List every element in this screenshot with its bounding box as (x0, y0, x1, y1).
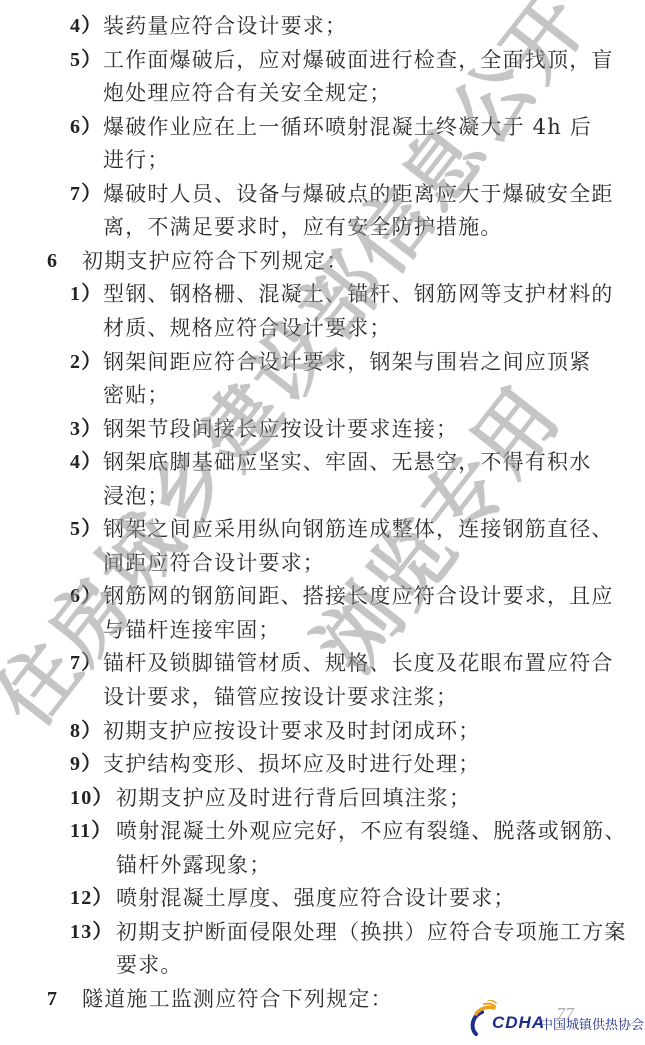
item-text: 初期支护应及时进行背后回填注浆； (116, 782, 471, 815)
item-text: 钢架节段间接长应按设计要求连接； (103, 413, 458, 446)
item-text: 工作面爆破后，应对爆破面进行检查，全面找顶，盲 (103, 44, 614, 77)
page-number: 77 (556, 1004, 574, 1025)
item-number: 13） (70, 916, 114, 949)
item-text: 设计要求，锚管应按设计要求注浆； (103, 681, 458, 714)
item-number: 5） (70, 44, 102, 77)
item-number: 2） (70, 346, 102, 379)
item-number: 4） (70, 10, 102, 43)
item-number: 10） (70, 782, 114, 815)
item-number: 6） (70, 580, 102, 613)
item-text: 支护结构变形、损坏应及时进行处理； (103, 748, 480, 781)
item-text: 隧道施工监测应符合下列规定： (82, 983, 393, 1016)
item-number: 12） (70, 882, 114, 915)
item-number: 1） (70, 278, 102, 311)
item-number: 8） (70, 715, 102, 748)
item-number: 7） (70, 178, 102, 211)
item-text: 浸泡； (103, 480, 170, 513)
item-text: 与锚杆连接牢固； (103, 614, 281, 647)
item-number: 6） (70, 111, 102, 144)
document-page: 4）装药量应符合设计要求；5）工作面爆破后，应对爆破面进行检查，全面找顶，盲炮处… (0, 0, 645, 1045)
item-text: 进行； (103, 144, 170, 177)
item-text: 初期支护应按设计要求及时封闭成环； (103, 715, 480, 748)
item-text: 喷射混凝土外观应完好，不应有裂缝、脱落或钢筋、 (116, 815, 627, 848)
item-text: 初期支护应符合下列规定： (82, 245, 348, 278)
item-text: 初期支护断面侵限处理（换拱）应符合专项施工方案 (116, 916, 627, 949)
item-text: 型钢、钢格栅、混凝土、锚杆、钢筋网等支护材料的 (103, 278, 614, 311)
item-text: 炮处理应符合有关安全规定； (103, 77, 392, 110)
item-text: 钢架之间应采用纵向钢筋连成整体，连接钢筋直径、 (103, 513, 614, 546)
item-number: 6 (47, 245, 58, 278)
item-text: 钢筋网的钢筋间距、搭接长度应符合设计要求，且应 (103, 580, 614, 613)
item-text: 离，不满足要求时，应有安全防护措施。 (103, 211, 503, 244)
item-text: 钢架底脚基础应坚实、牢固、无悬空，不得有积水 (103, 446, 591, 479)
item-number: 11） (70, 815, 113, 848)
item-number: 9） (70, 748, 102, 781)
item-text: 材质、规格应符合设计要求； (103, 312, 392, 345)
item-number: 4） (70, 446, 102, 479)
item-text: 锚杆外露现象； (116, 849, 271, 882)
item-text: 要求。 (116, 949, 183, 982)
item-text: 装药量应符合设计要求； (103, 10, 347, 43)
logo-mark: CDHA (492, 1013, 545, 1033)
item-text: 钢架间距应符合设计要求，钢架与围岩之间应顶紧 (103, 346, 591, 379)
item-text: 喷射混凝土厚度、强度应符合设计要求； (116, 882, 516, 915)
item-number: 7 (47, 983, 58, 1016)
item-number: 7） (70, 647, 102, 680)
item-text: 锚杆及锁脚锚管材质、规格、长度及花眼布置应符合 (103, 647, 614, 680)
item-text: 爆破时人员、设备与爆破点的距离应大于爆破安全距 (103, 178, 614, 211)
item-number: 3） (70, 413, 102, 446)
item-text: 爆破作业应在上一循环喷射混凝土终凝大于 4h 后 (103, 111, 592, 144)
item-text: 间距应符合设计要求； (103, 547, 325, 580)
item-number: 5） (70, 513, 102, 546)
item-text: 密贴； (103, 379, 170, 412)
